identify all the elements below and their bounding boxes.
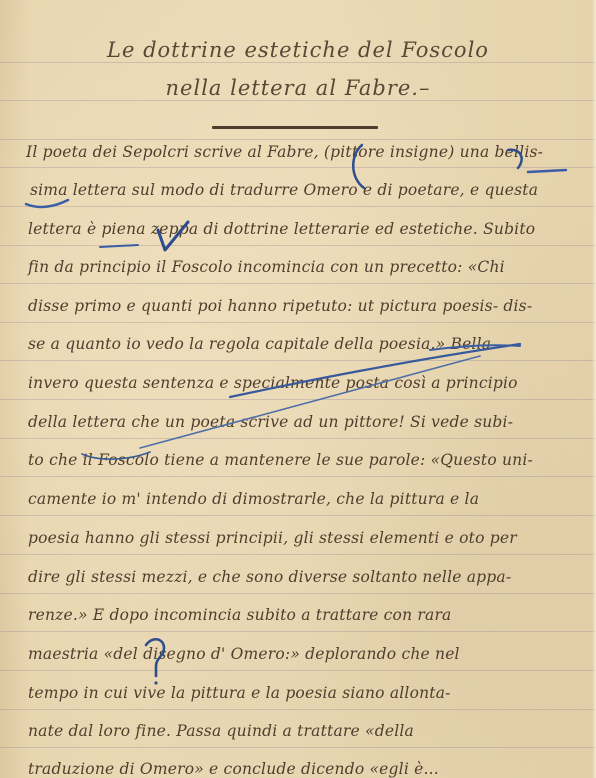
ruled-line	[0, 322, 596, 323]
ruled-line	[0, 206, 596, 207]
title-line-1: Le dottrine estetiche del Foscolo	[0, 38, 596, 62]
ruled-line	[0, 709, 596, 710]
body-line-10: camente io m' intendo di dimostrarle, ch…	[28, 490, 588, 508]
ruled-line	[0, 554, 596, 555]
body-line-17: traduzione di Omero» e conclude dicendo …	[28, 760, 588, 778]
title-line-2: nella lettera al Fabre.–	[0, 76, 596, 100]
ruled-line	[0, 283, 596, 284]
ruled-line	[0, 167, 596, 168]
body-line-12: dire gli stessi mezzi, e che sono divers…	[28, 568, 588, 586]
title-underline	[212, 126, 378, 129]
body-line-2: sima lettera sul modo di tradurre Omero …	[30, 181, 590, 199]
body-line-15: tempo in cui vive la pittura e la poesia…	[28, 684, 588, 702]
body-line-9: to che il Foscolo tiene a mantenere le s…	[28, 451, 588, 469]
body-line-11: poesia hanno gli stessi principii, gli s…	[28, 529, 588, 547]
manuscript-page: Le dottrine estetiche del Foscolo nella …	[0, 0, 596, 778]
ruled-line	[0, 631, 596, 632]
ruled-line	[0, 438, 596, 439]
body-line-14: maestria «del disegno d' Omero:» deplora…	[28, 645, 588, 663]
body-line-7: invero questa sentenza e specialmente po…	[28, 374, 588, 392]
body-line-6: se a quanto io vedo la regola capitale d…	[28, 335, 588, 353]
page-edge	[592, 0, 596, 778]
body-line-16: nate dal loro fine. Passa quindi a tratt…	[28, 722, 588, 740]
body-line-8: della lettera che un poeta scrive ad un …	[28, 413, 588, 431]
ruled-line	[0, 515, 596, 516]
ruled-line	[0, 593, 596, 594]
body-line-5: disse primo e quanti poi hanno ripetuto:…	[28, 297, 588, 315]
blue-strike-line-icon	[140, 356, 480, 448]
ruled-line	[0, 100, 596, 101]
ruled-line	[0, 747, 596, 748]
ruled-line	[0, 399, 596, 400]
body-line-13: renze.» E dopo incomincia subito a tratt…	[28, 606, 588, 624]
ruled-line	[0, 670, 596, 671]
body-line-1: Il poeta dei Sepolcri scrive al Fabre, (…	[26, 143, 586, 161]
blue-underline-icon	[528, 170, 566, 172]
body-line-3: lettera è piena zeppa di dottrine letter…	[28, 220, 588, 238]
ruled-line	[0, 139, 596, 140]
ruled-line	[0, 245, 596, 246]
ruled-line	[0, 476, 596, 477]
ruled-line	[0, 360, 596, 361]
body-line-4: fin da principio il Foscolo incomincia c…	[28, 258, 588, 276]
ruled-line	[0, 62, 596, 63]
